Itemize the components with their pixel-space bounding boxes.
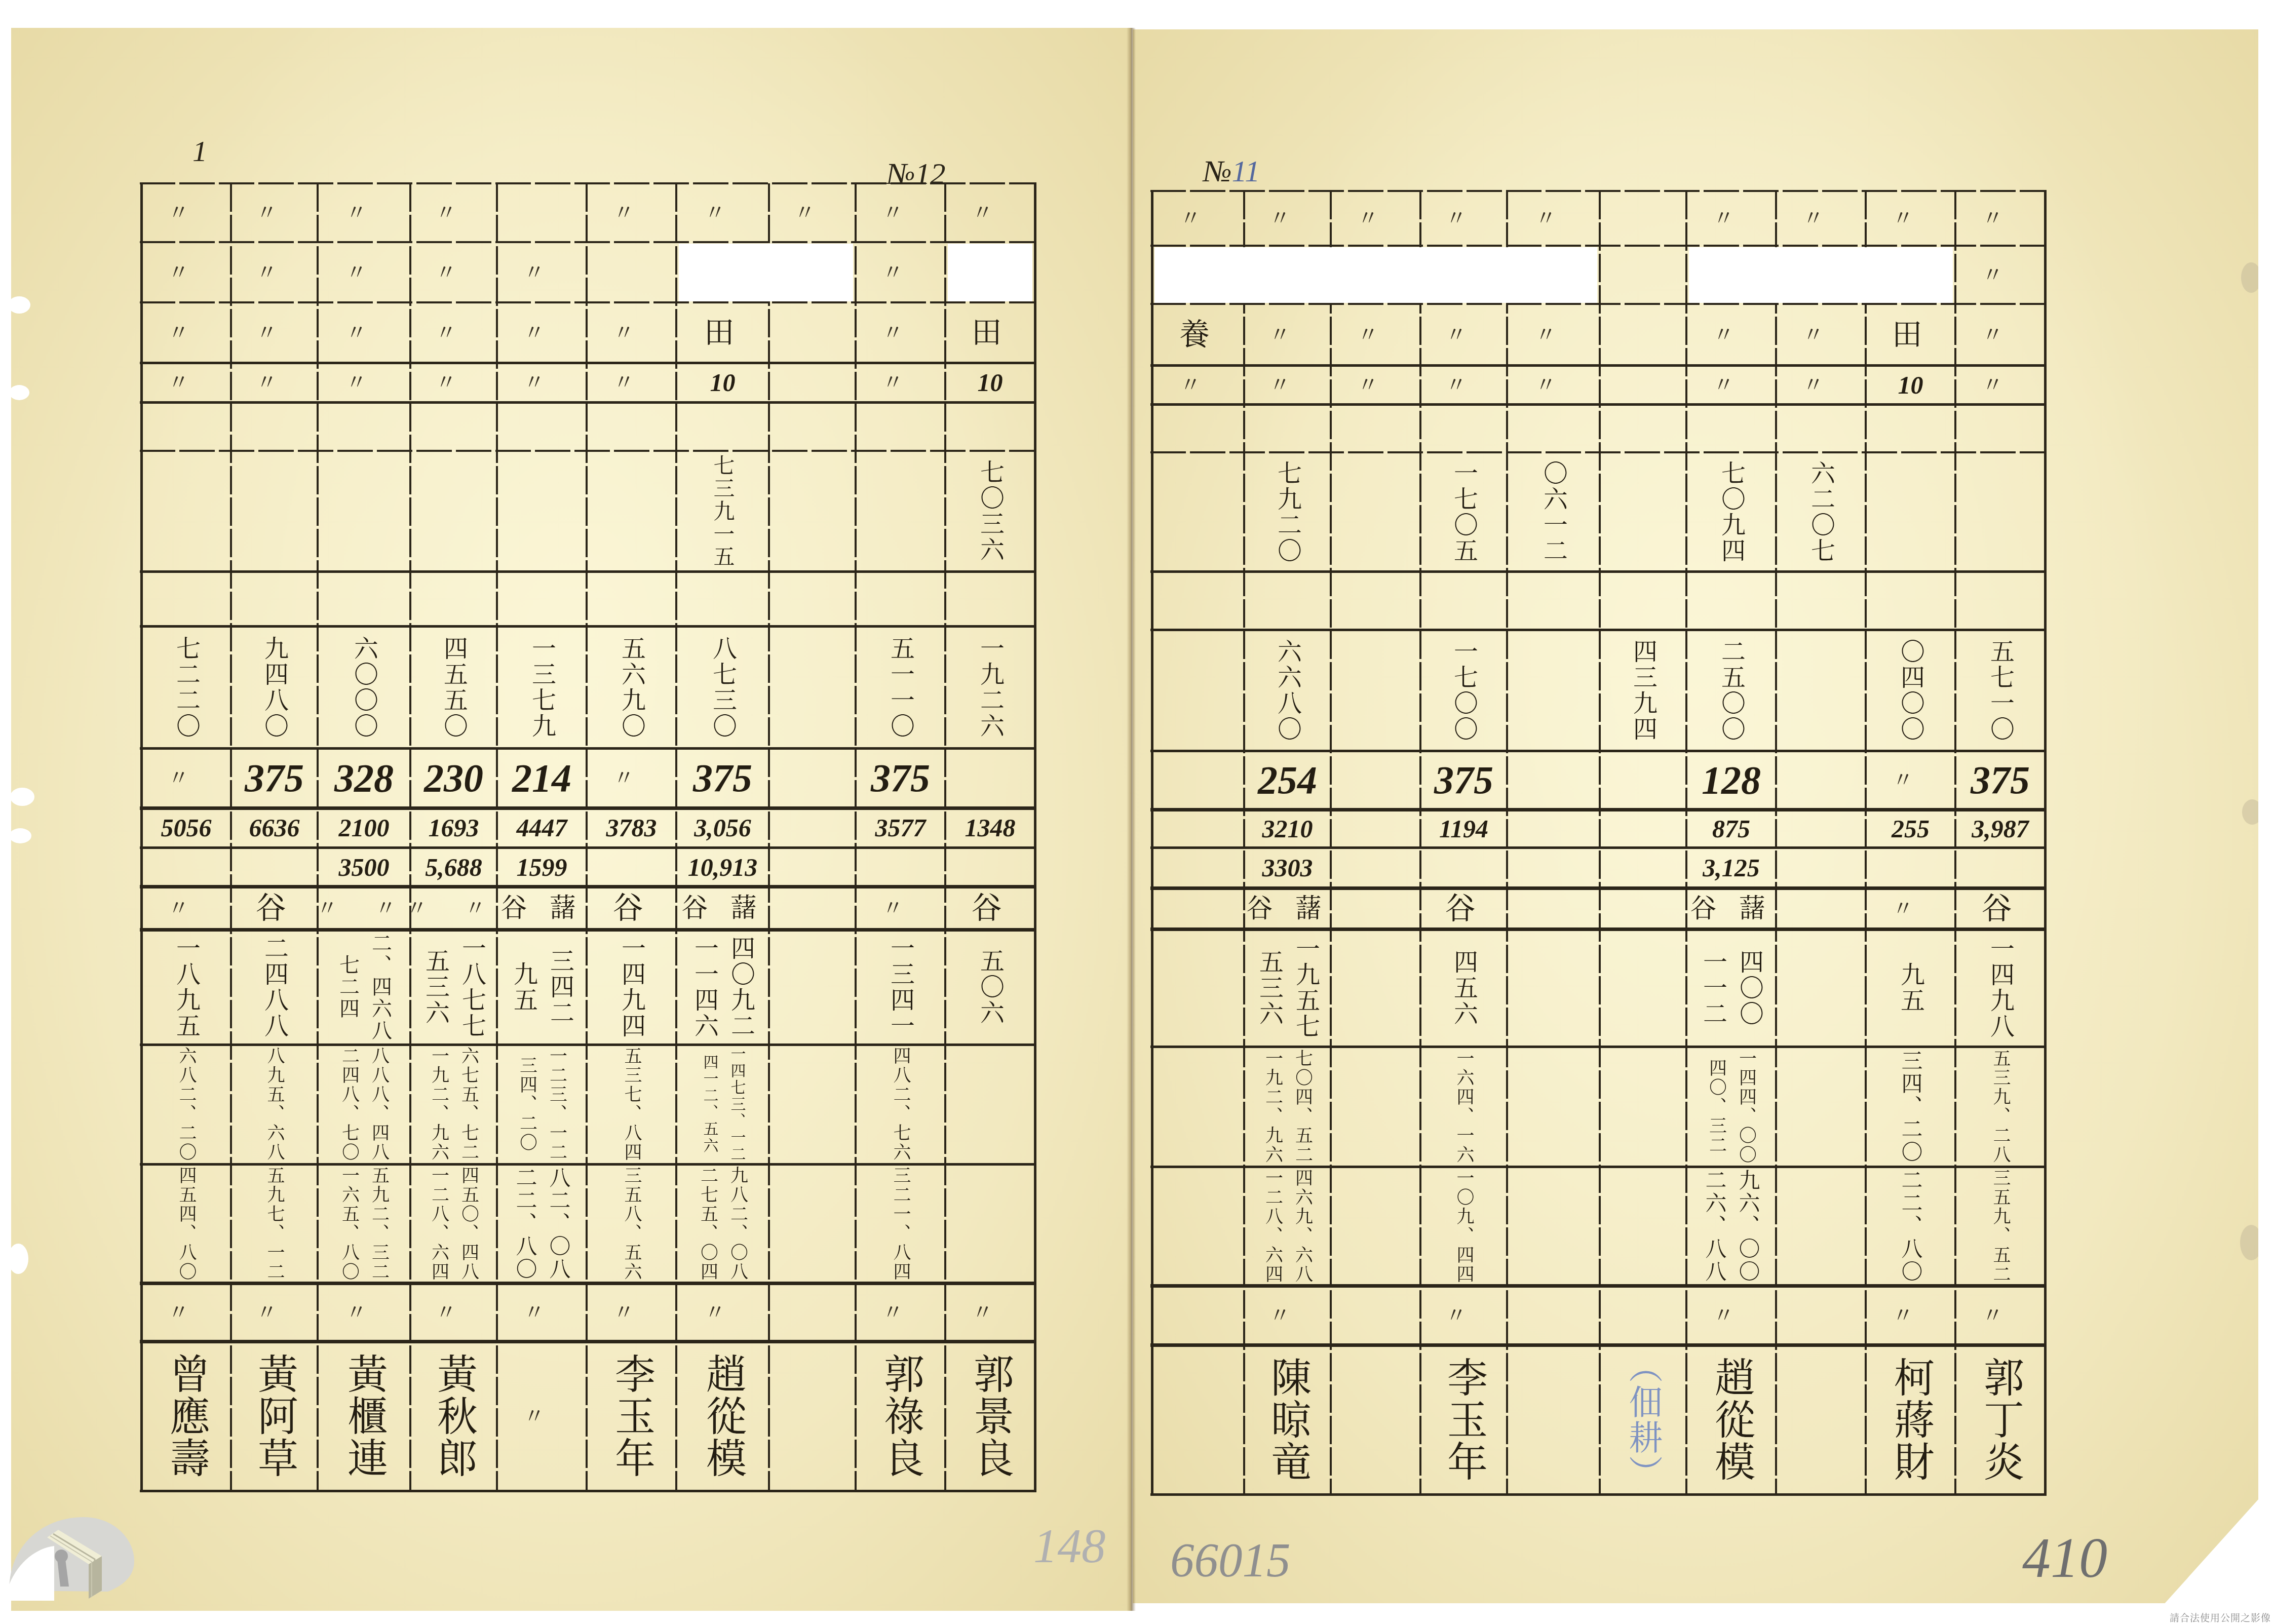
left-page: 1 №12 〃〃〃〃〃〃〃〃〃〃〃〃〃〃〃〃〃〃〃〃〃田〃田〃〃〃〃〃〃10〃1… [11,28,1131,1611]
cell-value: 〃 [1713,1305,1749,1326]
table-cell: 3,125 [1686,847,1776,888]
cell-value: 〃 [613,767,649,789]
cell-value: 谷 [972,893,1009,923]
table-cell: （佃耕） [1600,1345,1686,1494]
cell-value: 1693 [429,815,479,840]
cell-value: 〃 [435,1302,472,1323]
table-cell: 3,056 [676,808,769,847]
table-cell: 2100 [318,808,410,847]
table-cell [497,451,587,571]
table-cell: 〃 [497,242,587,302]
cell-value: 4447 [517,815,567,840]
cell-value: 〃 [1357,324,1394,345]
table-cell [1420,571,1507,630]
grid-line-vertical [1243,191,1245,1494]
cell-value: 二四八八 [262,936,287,1039]
table-cell [1420,847,1507,888]
table-cell [1776,847,1866,888]
table-cell [1331,929,1420,1047]
cell-value: 3,987 [1972,816,2029,841]
table-cell: 五一一〇 [856,626,945,748]
cell-value: 5056 [161,815,212,840]
cell-value: 〃 [168,202,204,223]
cell-value: 328 [334,758,394,798]
table-cell: 10 [676,363,769,402]
grid-line-horizontal [140,625,1036,628]
cell-value: 四一二、五六 [702,1054,717,1154]
table-cell [769,571,856,626]
table-cell: 黃櫃連 [318,1341,410,1491]
table-cell: 六〇〇〇 [318,626,410,748]
table-cell [1152,809,1244,847]
cell-value: 〇六一二 [1541,460,1566,564]
table-cell: 〃 [1331,365,1420,404]
grid-line-vertical [2044,191,2047,1494]
table-cell: 〃 [1866,191,1955,246]
table-cell: 〇四〇〇 [1866,630,1955,751]
cell-value: 〃 [1713,324,1749,345]
grid-line-horizontal [140,241,1036,243]
table-cell [1600,929,1686,1047]
cell-value: 〃 [613,1302,649,1323]
cell-value: 四八二、七六 [892,1047,909,1162]
cell-value: 谷 [256,893,293,923]
cell-value: 3303 [1262,855,1313,880]
binding-hole [9,828,31,843]
cell-value: 一六五、八〇 [340,1166,358,1282]
table-cell: 375 [1955,751,2045,809]
table-cell [1600,809,1686,847]
table-cell: 一二八、六四四六九、六八 [1244,1167,1331,1286]
table-cell: 6636 [231,808,318,847]
table-cell: 七二二〇 [141,626,231,748]
table-cell: 3500 [318,847,410,886]
cell-value: 〃 [1269,374,1305,396]
table-cell: 〃 [141,363,231,402]
cell-value: 四五六 [1452,949,1476,1027]
binding-hole [8,296,30,314]
table-cell: 〃 [1866,751,1955,809]
table-cell: 1348 [945,808,1035,847]
table-cell: 趙從模 [676,1341,769,1491]
cell-value: 一四九四 [620,936,644,1039]
cell-value: 一七〇〇 [1452,639,1476,742]
grid-line-horizontal [140,1490,1036,1492]
cell-value: 五九二、三二 [370,1166,388,1282]
table-cell: 〃 [1776,191,1866,246]
table-cell: 〃 [1866,888,1955,929]
cell-value: 〃 [1892,208,1929,229]
table-cell [769,1045,856,1164]
grid-line-horizontal [140,1163,1036,1166]
cell-value: 〃 [1982,374,2018,396]
table-cell: 〃 [1152,365,1244,404]
table-cell: 〃 [1420,191,1507,246]
table-cell [1152,751,1244,809]
table-cell: 六二〇七 [1776,452,1866,571]
cell-value: 四六九、六八 [1294,1169,1312,1284]
table-cell: 一九二、九六六七五、七二 [410,1045,497,1164]
table-cell: 〃 [141,183,231,242]
table-cell: 趙從模 [1686,1345,1776,1494]
cell-value: 〃 [256,202,292,223]
cell-value: 5,688 [425,855,482,880]
table-cell [769,1164,856,1283]
table-cell: 九五三四二 [497,930,587,1045]
table-cell: 四五六 [1420,929,1507,1047]
table-cell: 3210 [1244,809,1331,847]
table-cell: 〃 [587,363,676,402]
cell-value: 八九五、六八 [265,1047,283,1162]
table-cell: 3783 [587,808,676,847]
binding-hole [9,385,29,400]
table-cell: 〃 [410,242,497,302]
cell-value: 375 [693,758,752,798]
grid-line-horizontal [140,1282,1036,1285]
table-cell [1776,751,1866,809]
cell-value: 田 [972,318,1009,348]
table-cell [1600,452,1686,571]
table-cell [1600,191,1686,246]
table-cell [231,847,318,886]
cell-value: 三五九、五二 [1991,1169,2009,1284]
grid-line-vertical [1775,191,1777,1494]
table-cell: 九五 [1866,929,1955,1047]
redaction-box [1505,247,1597,303]
table-cell: 〃 [1244,1286,1331,1345]
table-cell [1866,404,1955,452]
cell-value: 四〇〇 [1738,949,1762,1027]
table-cell [1955,452,2045,571]
cell-value: 〃 [168,322,204,343]
table-cell: 〃 [231,363,318,402]
grid-line-horizontal [140,401,1036,404]
table-cell [1507,929,1600,1047]
table-cell [769,808,856,847]
table-cell: 一八九五 [141,930,231,1045]
cell-value: 〃 [1445,324,1482,345]
table-cell [1776,1167,1866,1286]
table-cell: 三四、二〇一二三、一二 [497,1045,587,1164]
table-cell [497,402,587,451]
table-cell [1331,888,1420,929]
table-cell: 328 [318,748,410,808]
table-cell: 〃 [1686,304,1776,365]
cell-value: 九五 [512,961,536,1013]
grid-line-horizontal [140,570,1036,573]
table-cell: 〃 [676,1283,769,1341]
table-cell [231,571,318,626]
cell-value: 〃 [704,1302,741,1323]
table-cell: 〃 [676,183,769,242]
table-cell: 一七〇〇 [1420,630,1507,751]
page-number-value: 11 [1232,154,1260,188]
cell-value: 〃 [1892,1305,1929,1326]
table-cell: 875 [1686,809,1776,847]
table-cell: 〃 [1955,304,2045,365]
grid-line-vertical [1954,191,1956,1494]
table-cell: 一四九八 [1955,929,2045,1047]
cell-value: 五六九〇 [620,636,644,739]
table-cell [497,183,587,242]
table-cell: 〃 [769,183,856,242]
table-cell [141,402,231,451]
table-cell [1600,888,1686,929]
grid-line-vertical [1865,191,1867,1494]
table-cell [769,302,856,363]
cell-value: 〃 〃 [317,898,411,919]
redaction-box [1864,247,1953,303]
table-cell [1866,452,1955,571]
table-cell [1331,1047,1420,1167]
table-cell [1600,847,1686,888]
cell-value: 〃 [1982,264,2018,286]
cell-value: 四三九四 [1631,639,1655,742]
cell-value: 七三九一五 [712,454,734,568]
grid-line-vertical [1034,183,1036,1491]
redaction-box [1774,247,1868,303]
cell-value: 〃 [1445,1305,1482,1326]
table-cell: 谷 [1955,888,2045,929]
table-cell [1507,404,1600,452]
cell-value: 一四九八 [1988,936,2013,1039]
table-cell: 〃 [231,1283,318,1341]
table-cell: 4447 [497,808,587,847]
table-cell: 四三九四 [1600,630,1686,751]
page-fold [1127,28,1136,1611]
person-name: 李玉年 [1444,1357,1484,1483]
table-cell: 一三四一 [856,930,945,1045]
cell-value: 〃 [168,1302,204,1323]
table-cell: 〃 [1244,365,1331,404]
grid-line-vertical [496,183,498,1491]
grid-line-vertical [1419,191,1421,1494]
table-cell: 〃 [1776,304,1866,365]
cell-value: 〃 [168,372,204,393]
cell-value: 一一四六 [692,936,717,1039]
cell-value: 一三七九 [530,636,554,739]
table-cell: 七〇三六 [945,451,1035,571]
watermark-text: 請合法使用公開之影像 [2170,1611,2271,1624]
cell-value: 〃 [1535,208,1571,229]
table-cell [1331,452,1420,571]
cell-value: 四五四、八〇 [177,1166,195,1282]
table-cell: 七二四二、四六八 [318,930,410,1045]
table-cell: 〃 [1507,304,1600,365]
cell-value: 二六、八八 [1704,1169,1725,1283]
person-name: 郭祿良 [880,1353,921,1479]
cell-value: 一四四、〇〇 [1738,1049,1755,1165]
grid-line-horizontal [140,301,1036,303]
table-cell: 五六九〇 [587,626,676,748]
table-cell: 〃 [410,183,497,242]
cell-value: 〃 [345,322,382,343]
cell-value: 一九二、九六 [1264,1049,1282,1165]
table-cell [676,571,769,626]
ledger-table-right: 〃〃〃〃〃〃〃〃〃〃養〃〃〃〃〃〃田〃〃〃〃〃〃〃〃10〃七九二〇一七〇五〇六一… [1152,191,2045,1494]
grid-line-vertical [1330,191,1332,1494]
table-cell: 〃 [410,1283,497,1341]
table-cell [1776,630,1866,751]
table-cell: 〃 [1331,191,1420,246]
table-cell: 黃阿草 [231,1341,318,1491]
table-cell: 〃 [231,183,318,242]
cell-value: 375 [1434,760,1493,800]
table-cell: 曾應壽 [141,1341,231,1491]
cell-value: 五七一〇 [1988,639,2013,742]
table-cell: 〃 [318,302,410,363]
cell-value: 六〇〇〇 [352,636,376,739]
table-cell: 二四八、七〇八八八、四八 [318,1045,410,1164]
table-cell: 五三六一九五七 [1244,929,1331,1047]
page-number-prefix: № [1203,154,1232,188]
table-cell: 〃 [1955,365,2045,404]
table-cell: 三二一、八四 [856,1164,945,1283]
table-cell: 〃 [1244,191,1331,246]
cell-value: 谷 藷 [681,895,764,921]
table-cell: 七〇九四 [1686,452,1776,571]
cell-value: 八二、〇八 [548,1167,569,1281]
table-cell: 田 [676,302,769,363]
cell-value: 七九二〇 [1276,460,1300,564]
archive-logo-icon [8,1515,137,1601]
table-cell: 〃 [856,242,945,302]
person-name: 郭景良 [970,1353,1011,1479]
cell-value: 〃 [345,202,382,223]
cell-value: 一六四、一六 [1455,1049,1473,1165]
table-cell [945,571,1035,626]
cell-value: 〃 [345,1302,382,1323]
table-cell: 〃 [1420,365,1507,404]
cell-value: 四〇、三二 [1708,1059,1725,1155]
redaction-box [1154,247,1246,303]
cell-value: 〃 [1445,208,1482,229]
table-cell: 五三九、二八 [1955,1047,2045,1167]
cell-value: 2100 [339,815,390,840]
cell-value: 375 [1971,760,2030,800]
table-cell: 375 [1420,751,1507,809]
table-cell [1244,571,1331,630]
table-cell: 〃 [1507,191,1600,246]
cell-value: 〃 [1982,1305,2018,1326]
table-cell [1955,404,2045,452]
table-cell: 七九二〇 [1244,452,1331,571]
cell-value: 一七〇五 [1452,460,1476,564]
table-cell: 〃 [141,242,231,302]
cell-value: 214 [512,758,571,798]
table-cell [1152,404,1244,452]
table-cell [945,402,1035,451]
grid-line-vertical [855,183,857,1491]
grid-line-horizontal [140,885,1036,888]
cell-value: 田 [704,318,742,348]
cell-value: 田 [1892,320,1930,350]
table-cell: 〃 [587,302,676,363]
table-cell [856,451,945,571]
person-name: 趙從模 [703,1353,743,1479]
table-cell [141,847,231,886]
person-name: 黃秋郎 [434,1353,474,1479]
cell-value: 〃 [523,322,560,343]
cell-value: 〃 [882,898,918,919]
table-cell: 養 [1152,304,1244,365]
table-cell: 一四九四 [587,930,676,1045]
table-cell: 三五九、五二 [1955,1167,2045,1286]
redaction-box [1689,247,1778,303]
pencil-note: 148 [1033,1522,1106,1570]
cell-value: 二七五、〇四 [699,1166,717,1282]
cell-value: 六六八〇 [1276,639,1300,742]
cell-value: 〃 [1892,769,1929,791]
table-cell [1776,1047,1866,1167]
grid-line-horizontal [140,747,1036,750]
table-cell: 〃 [945,1283,1035,1341]
table-cell [1152,888,1244,929]
redaction-box [767,244,853,301]
table-cell: 〃 [318,363,410,402]
table-cell [856,402,945,451]
cell-value: 〃 [882,1302,918,1323]
table-cell [1420,404,1507,452]
table-cell [1600,571,1686,630]
table-cell: 五〇六 [945,930,1035,1045]
cell-value: 谷 [1982,894,2019,924]
cell-value: 1599 [517,855,567,880]
grid-line-horizontal [140,362,1036,364]
table-cell [945,847,1035,886]
cell-value: 谷 [613,893,650,923]
cell-value: 二五〇〇 [1719,639,1744,742]
cell-value: 五九七、一二 [265,1166,283,1282]
cell-value: 三四、二〇 [518,1056,536,1152]
cell-value: 10 [710,370,736,395]
table-cell: 230 [410,748,497,808]
table-cell: 〃 [318,1283,410,1341]
table-cell: 255 [1866,809,1955,847]
table-cell [769,626,856,748]
cell-value: 10 [1898,372,1923,398]
table-cell: 四五四、八〇 [141,1164,231,1283]
table-cell: 六八二、二〇 [141,1045,231,1164]
cell-value: 養 [1179,320,1217,350]
cell-value: 3577 [875,815,926,840]
table-cell [1152,1345,1244,1494]
table-cell [1600,1286,1686,1345]
cell-value: 四〇九二 [729,936,753,1039]
cell-value: 一八七七 [460,936,484,1039]
cell-value: 九四八〇 [262,636,287,739]
cell-value: 〃 [1713,208,1749,229]
table-cell: 黃秋郎 [410,1341,497,1491]
table-cell: 〃 [318,242,410,302]
table-cell: 谷 [945,886,1035,930]
table-cell [769,886,856,930]
grid-line-vertical [768,183,770,1491]
table-cell: 一一二四〇〇 [1686,929,1776,1047]
cell-value: 一二八、六四 [430,1166,448,1282]
redaction-box [1242,247,1333,303]
grid-line-vertical [317,183,319,1491]
cell-value: 一九二、九六 [430,1047,448,1162]
table-cell: 四五五〇 [410,626,497,748]
table-cell: 五三七、八四 [587,1045,676,1164]
cell-value: 254 [1258,760,1317,800]
redaction-box [679,244,771,301]
cell-value: 六七五、七二 [460,1047,478,1162]
table-cell [1600,751,1686,809]
table-cell [1152,452,1244,571]
ledger-table-left: 〃〃〃〃〃〃〃〃〃〃〃〃〃〃〃〃〃〃〃〃〃田〃田〃〃〃〃〃〃10〃10七三九一五… [141,183,1035,1491]
